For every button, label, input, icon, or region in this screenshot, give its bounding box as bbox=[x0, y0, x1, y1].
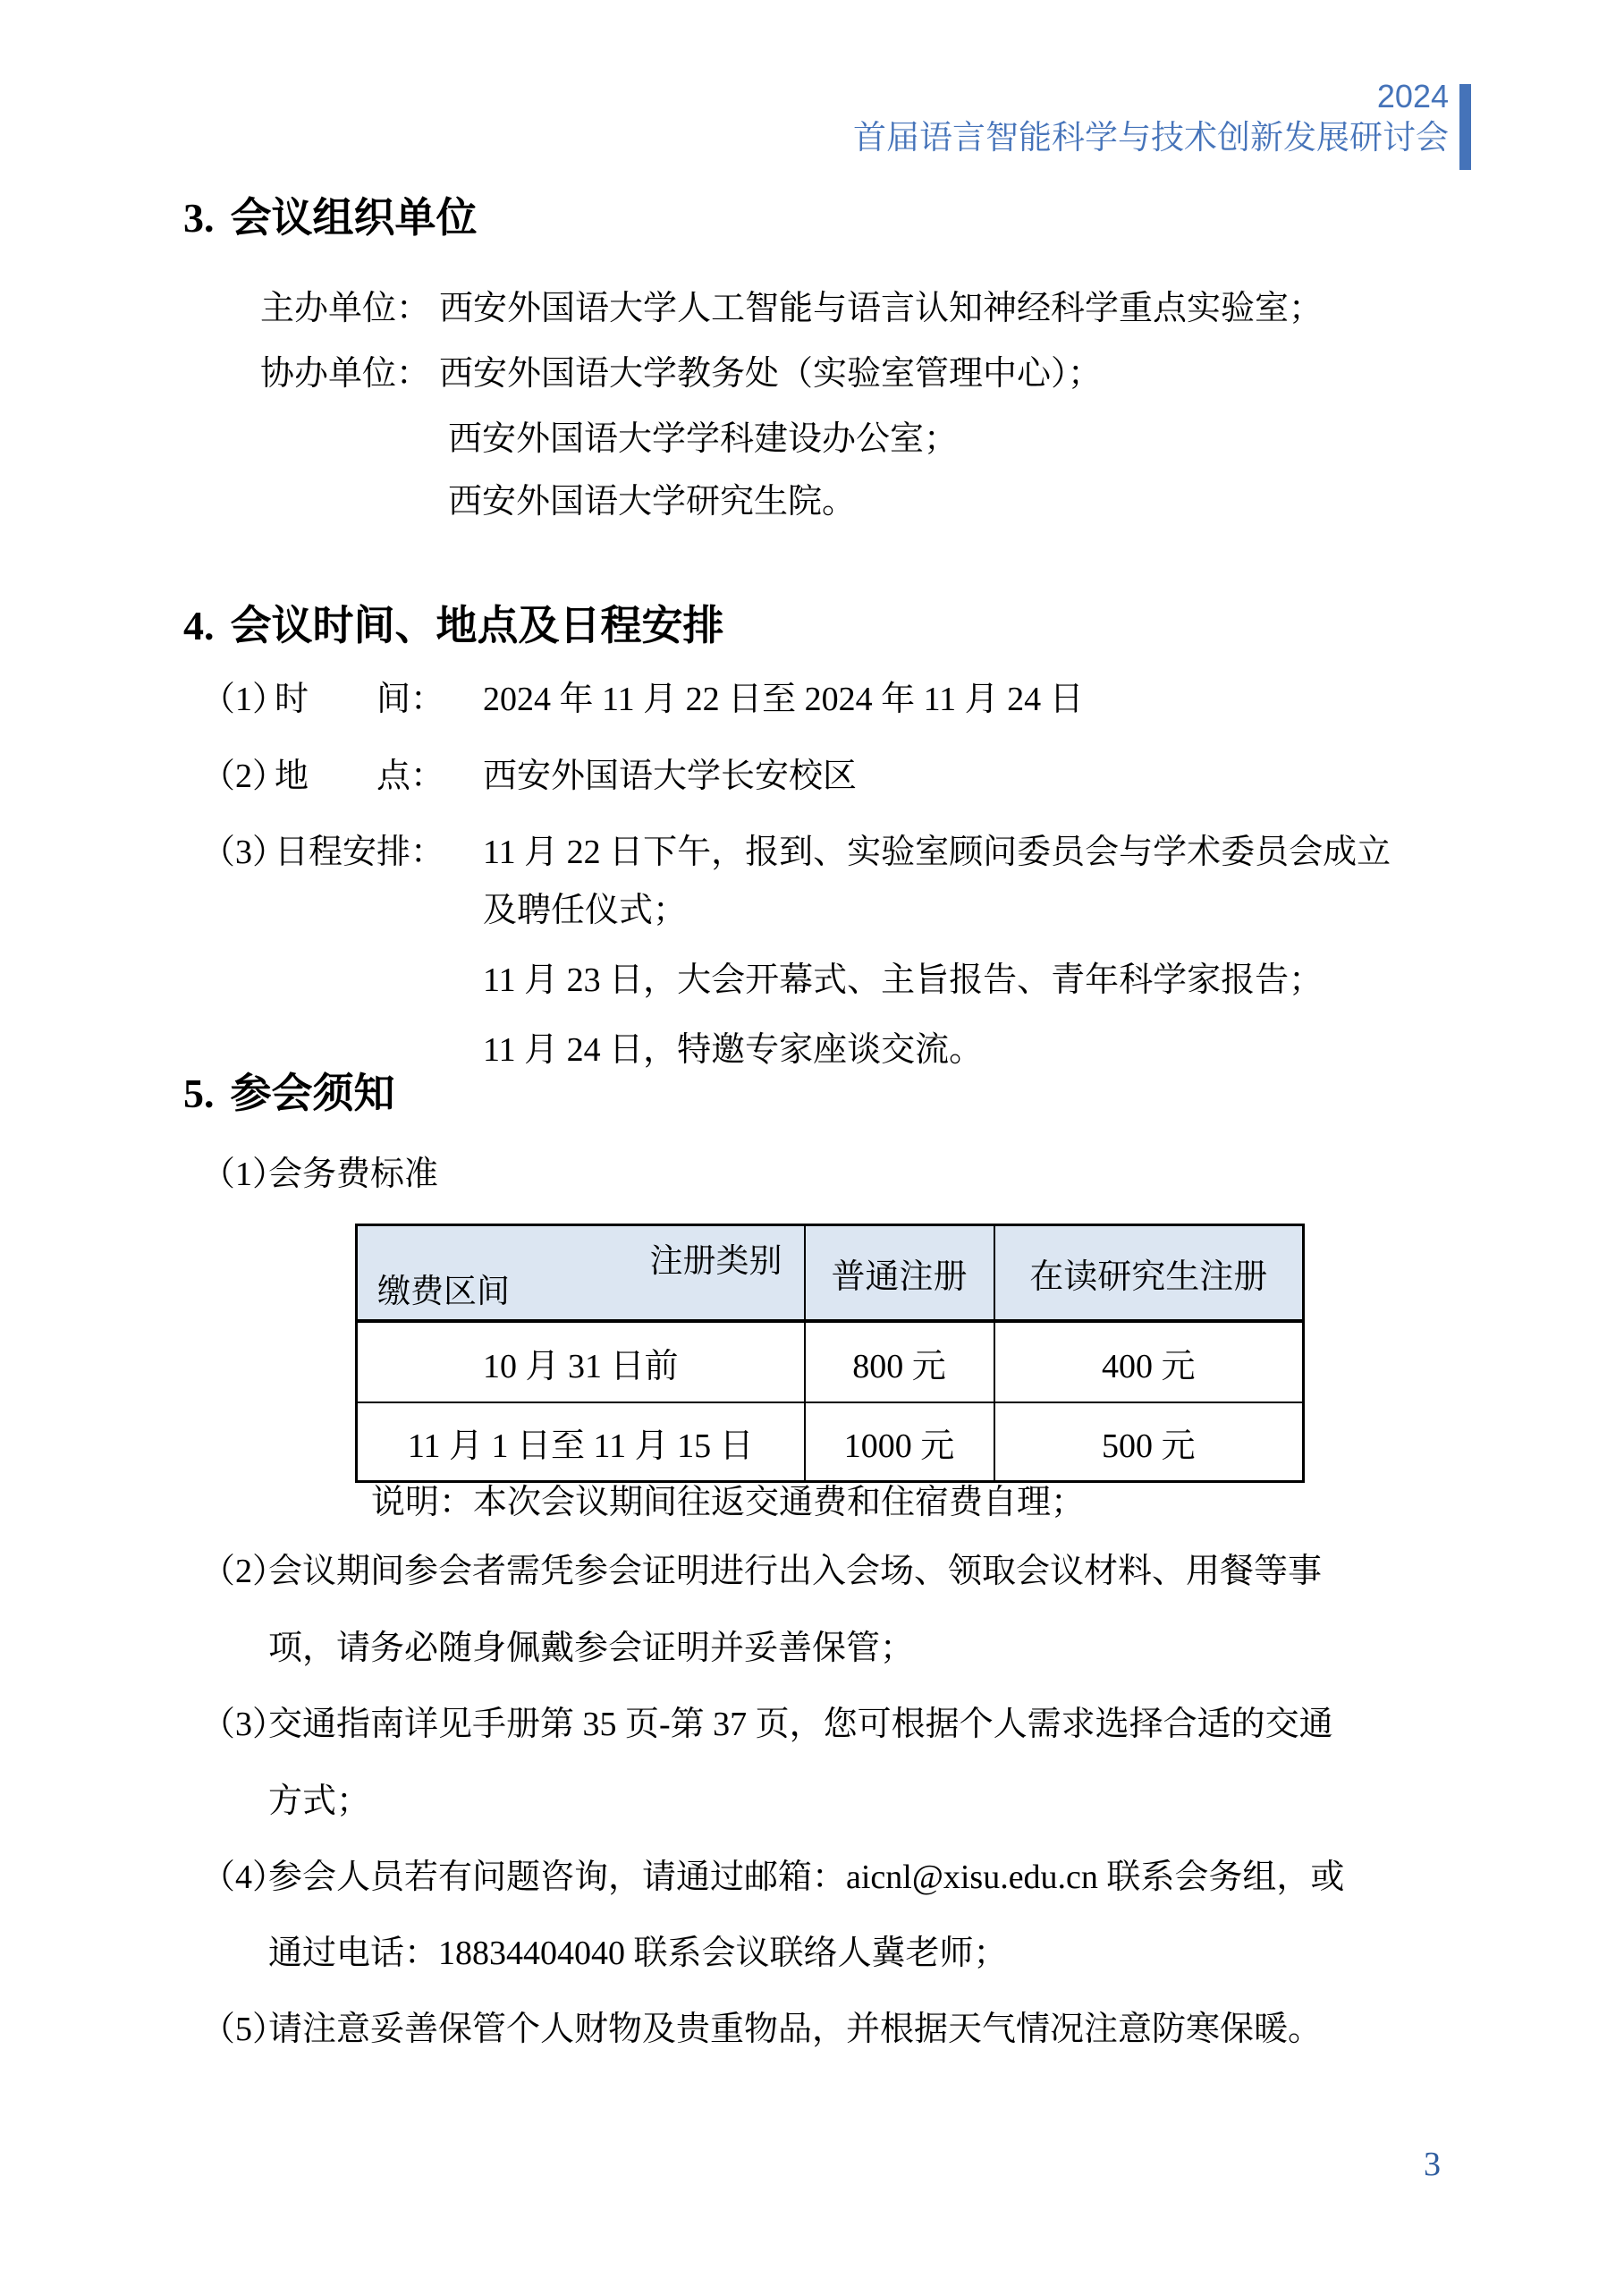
section-5-title: 参会须知 bbox=[231, 1071, 395, 1116]
section-4-heading: 4.会议时间、地点及日程安排 bbox=[183, 601, 724, 651]
venue-item-index: （2） bbox=[201, 754, 286, 799]
section-4-title: 会议时间、地点及日程安排 bbox=[231, 603, 724, 648]
fee-period-late: 11 月 1 日至 11 月 15 日 bbox=[357, 1402, 805, 1482]
schedule-day2: 11 月 23 日，大会开幕式、主旨报告、青年科学家报告； bbox=[483, 958, 1323, 1003]
document-page: 2024 首届语言智能科学与技术创新发展研讨会 3.会议组织单位 主办单位：西安… bbox=[0, 0, 1624, 2295]
fee-table-corner-cell: 注册类别 缴费区间 bbox=[357, 1225, 805, 1322]
co-organizer-line-1: 协办单位：西安外国语大学教务处（实验室管理中心）； bbox=[260, 351, 1102, 396]
fee-table-col-normal: 普通注册 bbox=[805, 1225, 994, 1322]
section-3-title: 会议组织单位 bbox=[231, 195, 478, 241]
section-3-heading: 3.会议组织单位 bbox=[183, 193, 478, 243]
fee-table-corner-top-label: 注册类别 bbox=[650, 1233, 782, 1282]
fee-period-early: 10 月 31 日前 bbox=[357, 1321, 805, 1402]
host-organizer-line: 主办单位：西安外国语大学人工智能与语言认知神经科学重点实验室； bbox=[260, 286, 1323, 331]
co-label: 协办单位： bbox=[260, 355, 430, 393]
fee-student-late: 500 元 bbox=[994, 1402, 1304, 1482]
section-5-number: 5. bbox=[183, 1071, 215, 1116]
fee-table-col-student: 在读研究生注册 bbox=[994, 1225, 1304, 1322]
notice-item-3-line-2: 方式； bbox=[268, 1779, 370, 1824]
co-value-1: 西安外国语大学教务处（实验室管理中心）； bbox=[439, 355, 1102, 393]
venue-item-label: 地 点： bbox=[275, 754, 444, 799]
time-item-value: 2024 年 11 月 22 日至 2024 年 11 月 24 日 bbox=[483, 677, 1084, 722]
fee-normal-late: 1000 元 bbox=[805, 1402, 994, 1482]
section-3-number: 3. bbox=[183, 195, 215, 241]
section-5-heading: 5.参会须知 bbox=[183, 1069, 395, 1119]
notice-item-3-text: 交通指南详见手册第 35 页-第 37 页，您可根据个人需求选择合适的交通 bbox=[268, 1702, 1333, 1747]
time-item-label: 时 间： bbox=[275, 677, 444, 722]
page-number: 3 bbox=[1424, 2145, 1441, 2184]
header-year: 2024 bbox=[1377, 77, 1449, 116]
fee-note: 说明：本次会议期间往返交通费和住宿费自理； bbox=[371, 1480, 1085, 1525]
schedule-item-value: 11 月 22 日下午，报到、实验室顾问委员会与学术委员会成立 bbox=[483, 830, 1391, 875]
fee-normal-early: 800 元 bbox=[805, 1321, 994, 1402]
fee-standard-label: 会务费标准 bbox=[268, 1152, 438, 1197]
fee-table-row-early: 10 月 31 日前 800 元 400 元 bbox=[357, 1321, 1304, 1402]
fee-table: 注册类别 缴费区间 普通注册 在读研究生注册 10 月 31 日前 800 元 … bbox=[355, 1224, 1305, 1483]
co-organizer-line-3: 西安外国语大学研究生院。 bbox=[448, 479, 856, 524]
section-4-number: 4. bbox=[183, 603, 215, 648]
fee-student-early: 400 元 bbox=[994, 1321, 1304, 1402]
notice-item-4-text: 参会人员若有问题咨询，请通过邮箱：aicnl@xisu.edu.cn 联系会务组… bbox=[268, 1855, 1344, 1900]
fee-table-corner-bottom-label: 缴费区间 bbox=[377, 1264, 510, 1312]
fee-table-header-row: 注册类别 缴费区间 普通注册 在读研究生注册 bbox=[357, 1225, 1304, 1322]
notice-item-2-text: 会议期间参会者需凭参会证明进行出入会场、领取会议材料、用餐等事 bbox=[268, 1549, 1322, 1594]
notice-item-4-line-2: 通过电话：18834404040 联系会议联络人冀老师； bbox=[268, 1931, 1008, 1976]
host-value: 西安外国语大学人工智能与语言认知神经科学重点实验室； bbox=[439, 290, 1323, 327]
header-conference-title: 首届语言智能科学与技术创新发展研讨会 bbox=[853, 116, 1449, 159]
host-label: 主办单位： bbox=[260, 290, 430, 327]
schedule-item-label: 日程安排： bbox=[275, 830, 444, 875]
co-organizer-line-2: 西安外国语大学学科建设办公室； bbox=[448, 417, 958, 462]
header-accent-bar bbox=[1459, 84, 1471, 170]
venue-item-value: 西安外国语大学长安校区 bbox=[483, 754, 857, 799]
time-item-index: （1） bbox=[201, 677, 286, 722]
schedule-day3: 11 月 24 日，特邀专家座谈交流。 bbox=[483, 1028, 983, 1072]
schedule-continuation-1: 及聘任仪式； bbox=[483, 888, 687, 933]
fee-table-row-late: 11 月 1 日至 11 月 15 日 1000 元 500 元 bbox=[357, 1402, 1304, 1482]
schedule-item-index: （3） bbox=[201, 830, 286, 875]
notice-item-5-text: 请注意妥善保管个人财物及贵重物品，并根据天气情况注意防寒保暖。 bbox=[268, 2007, 1322, 2052]
notice-item-2-line-2: 项，请务必随身佩戴参会证明并妥善保管； bbox=[268, 1626, 914, 1671]
